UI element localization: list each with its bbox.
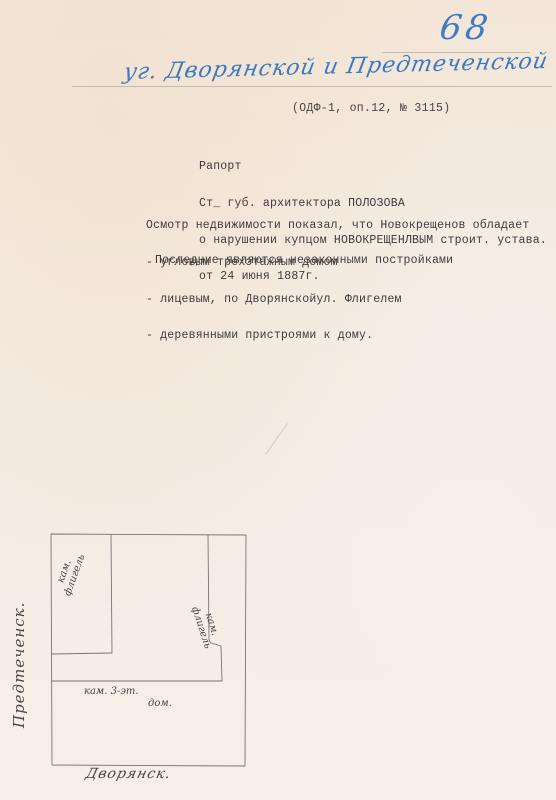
archive-reference: (ОДФ-1, оп.12, № 3115) (292, 102, 450, 115)
label-street-dvoryanskaya: Дворянск. (84, 766, 173, 782)
findings-item: - лицевым, по Дворянскойул. Флигелем (146, 294, 529, 306)
findings-intro: Осмотр недвижимости показал, что Новокре… (146, 220, 529, 232)
label-main-house-line1: кам. 3-эт. (84, 686, 172, 698)
floor-plan-drawing (0, 520, 260, 800)
findings-item: - деревянными пристроями к дому. (146, 330, 529, 342)
label-main-house-line2: дом. (84, 698, 172, 710)
floor-plan-diagram (0, 520, 260, 800)
left-wing-outline (52, 535, 112, 654)
ruled-line-title (72, 86, 552, 87)
page-number: 68 (437, 8, 494, 48)
label-street-predtechenskaya: Предтеченск. (10, 602, 28, 728)
report-title: Рапорт (199, 161, 547, 173)
conclusion-text: Последние являются незаконными постройка… (155, 255, 453, 267)
document-page: 68 уг. Дворянской и Предтеченской (ОДФ-1… (0, 0, 556, 800)
paper-mark (265, 423, 288, 455)
findings-block: Осмотр недвижимости показал, что Новокре… (146, 196, 529, 367)
handwritten-address-title: уг. Дворянской и Предтеченской (122, 49, 551, 85)
label-main-house: кам. 3-эт. дом. (84, 686, 172, 710)
